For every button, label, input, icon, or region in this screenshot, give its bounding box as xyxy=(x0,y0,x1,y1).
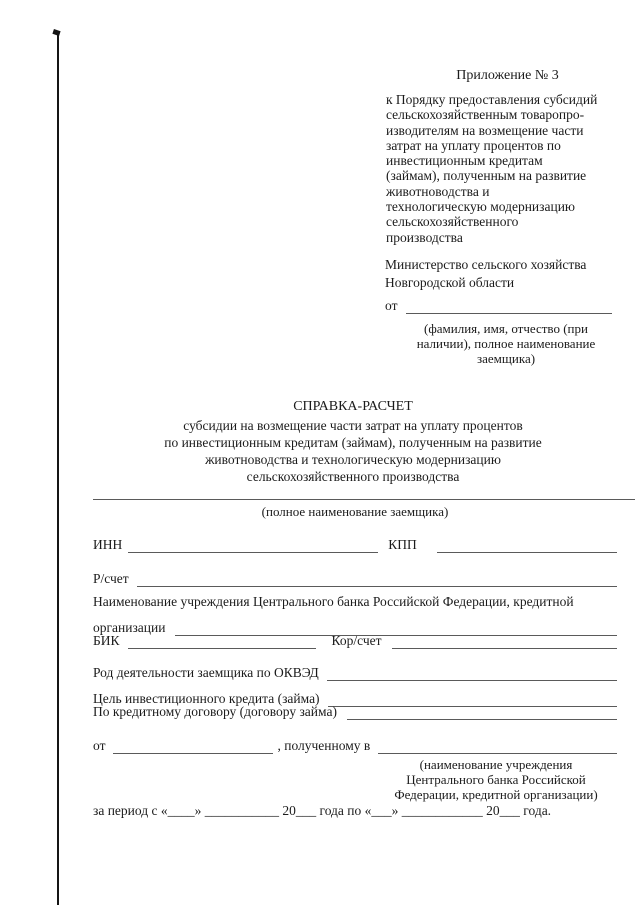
account-blank-line xyxy=(137,571,617,587)
inn-label: ИНН xyxy=(93,537,122,553)
okved-row: Род деятельности заемщика по ОКВЭД xyxy=(93,665,617,681)
contract-blank-line xyxy=(347,704,617,720)
contract-date-label: от xyxy=(93,738,105,754)
corr-label: Кор/счет xyxy=(332,633,382,649)
doc-subtitle: субсидии на возмещение части затрат на у… xyxy=(93,417,613,485)
bank-name-label: Наименование учреждения Центрального бан… xyxy=(93,594,574,610)
from-label: от xyxy=(385,298,397,314)
okved-label: Род деятельности заемщика по ОКВЭД xyxy=(93,665,319,681)
account-label: Р/счет xyxy=(93,571,129,587)
bank-name-row: Наименование учреждения Центрального бан… xyxy=(93,594,617,610)
corr-blank-line xyxy=(392,633,617,649)
borrower-caption: (полное наименование заемщика) xyxy=(93,504,617,520)
contract-date-blank-line xyxy=(113,738,273,754)
from-row: от xyxy=(385,298,612,314)
from-blank-line xyxy=(406,298,612,314)
received-blank-line xyxy=(378,738,617,754)
kpp-label: КПП xyxy=(388,537,417,553)
period-row: за период с «____» ___________ 20___ год… xyxy=(93,803,623,819)
appendix-title: Приложение № 3 xyxy=(385,68,630,84)
received-label: , полученному в xyxy=(277,738,370,754)
contract-label: По кредитному договору (договору займа) xyxy=(93,704,337,720)
scan-artifact-line xyxy=(57,33,59,905)
from-caption: (фамилия, имя, отчество (при наличии), п… xyxy=(395,321,617,366)
inn-kpp-row: ИНН КПП xyxy=(93,536,617,553)
inn-blank-line xyxy=(128,537,378,553)
borrower-name-line xyxy=(93,484,635,500)
ministry-name: Министерство сельского хозяйства Новгоро… xyxy=(385,256,625,292)
scanned-document-page: Приложение № 3 к Порядку предоставления … xyxy=(0,0,640,905)
scan-artifact-blob xyxy=(52,29,60,36)
appendix-body: к Порядку предоставления субсидий сельск… xyxy=(386,92,632,245)
account-row: Р/счет xyxy=(93,570,617,587)
bik-corr-row: БИК Кор/счет xyxy=(93,632,617,649)
bank-caption: (наименование учреждения Центрального ба… xyxy=(390,757,602,802)
bik-blank-line xyxy=(128,633,316,649)
kpp-blank-line xyxy=(437,537,617,553)
okved-blank-line xyxy=(327,665,617,681)
bik-label: БИК xyxy=(93,633,120,649)
contract-row: По кредитному договору (договору займа) xyxy=(93,704,617,720)
received-row: от , полученному в xyxy=(93,737,617,754)
doc-heading: СПРАВКА-РАСЧЕТ xyxy=(93,399,613,415)
